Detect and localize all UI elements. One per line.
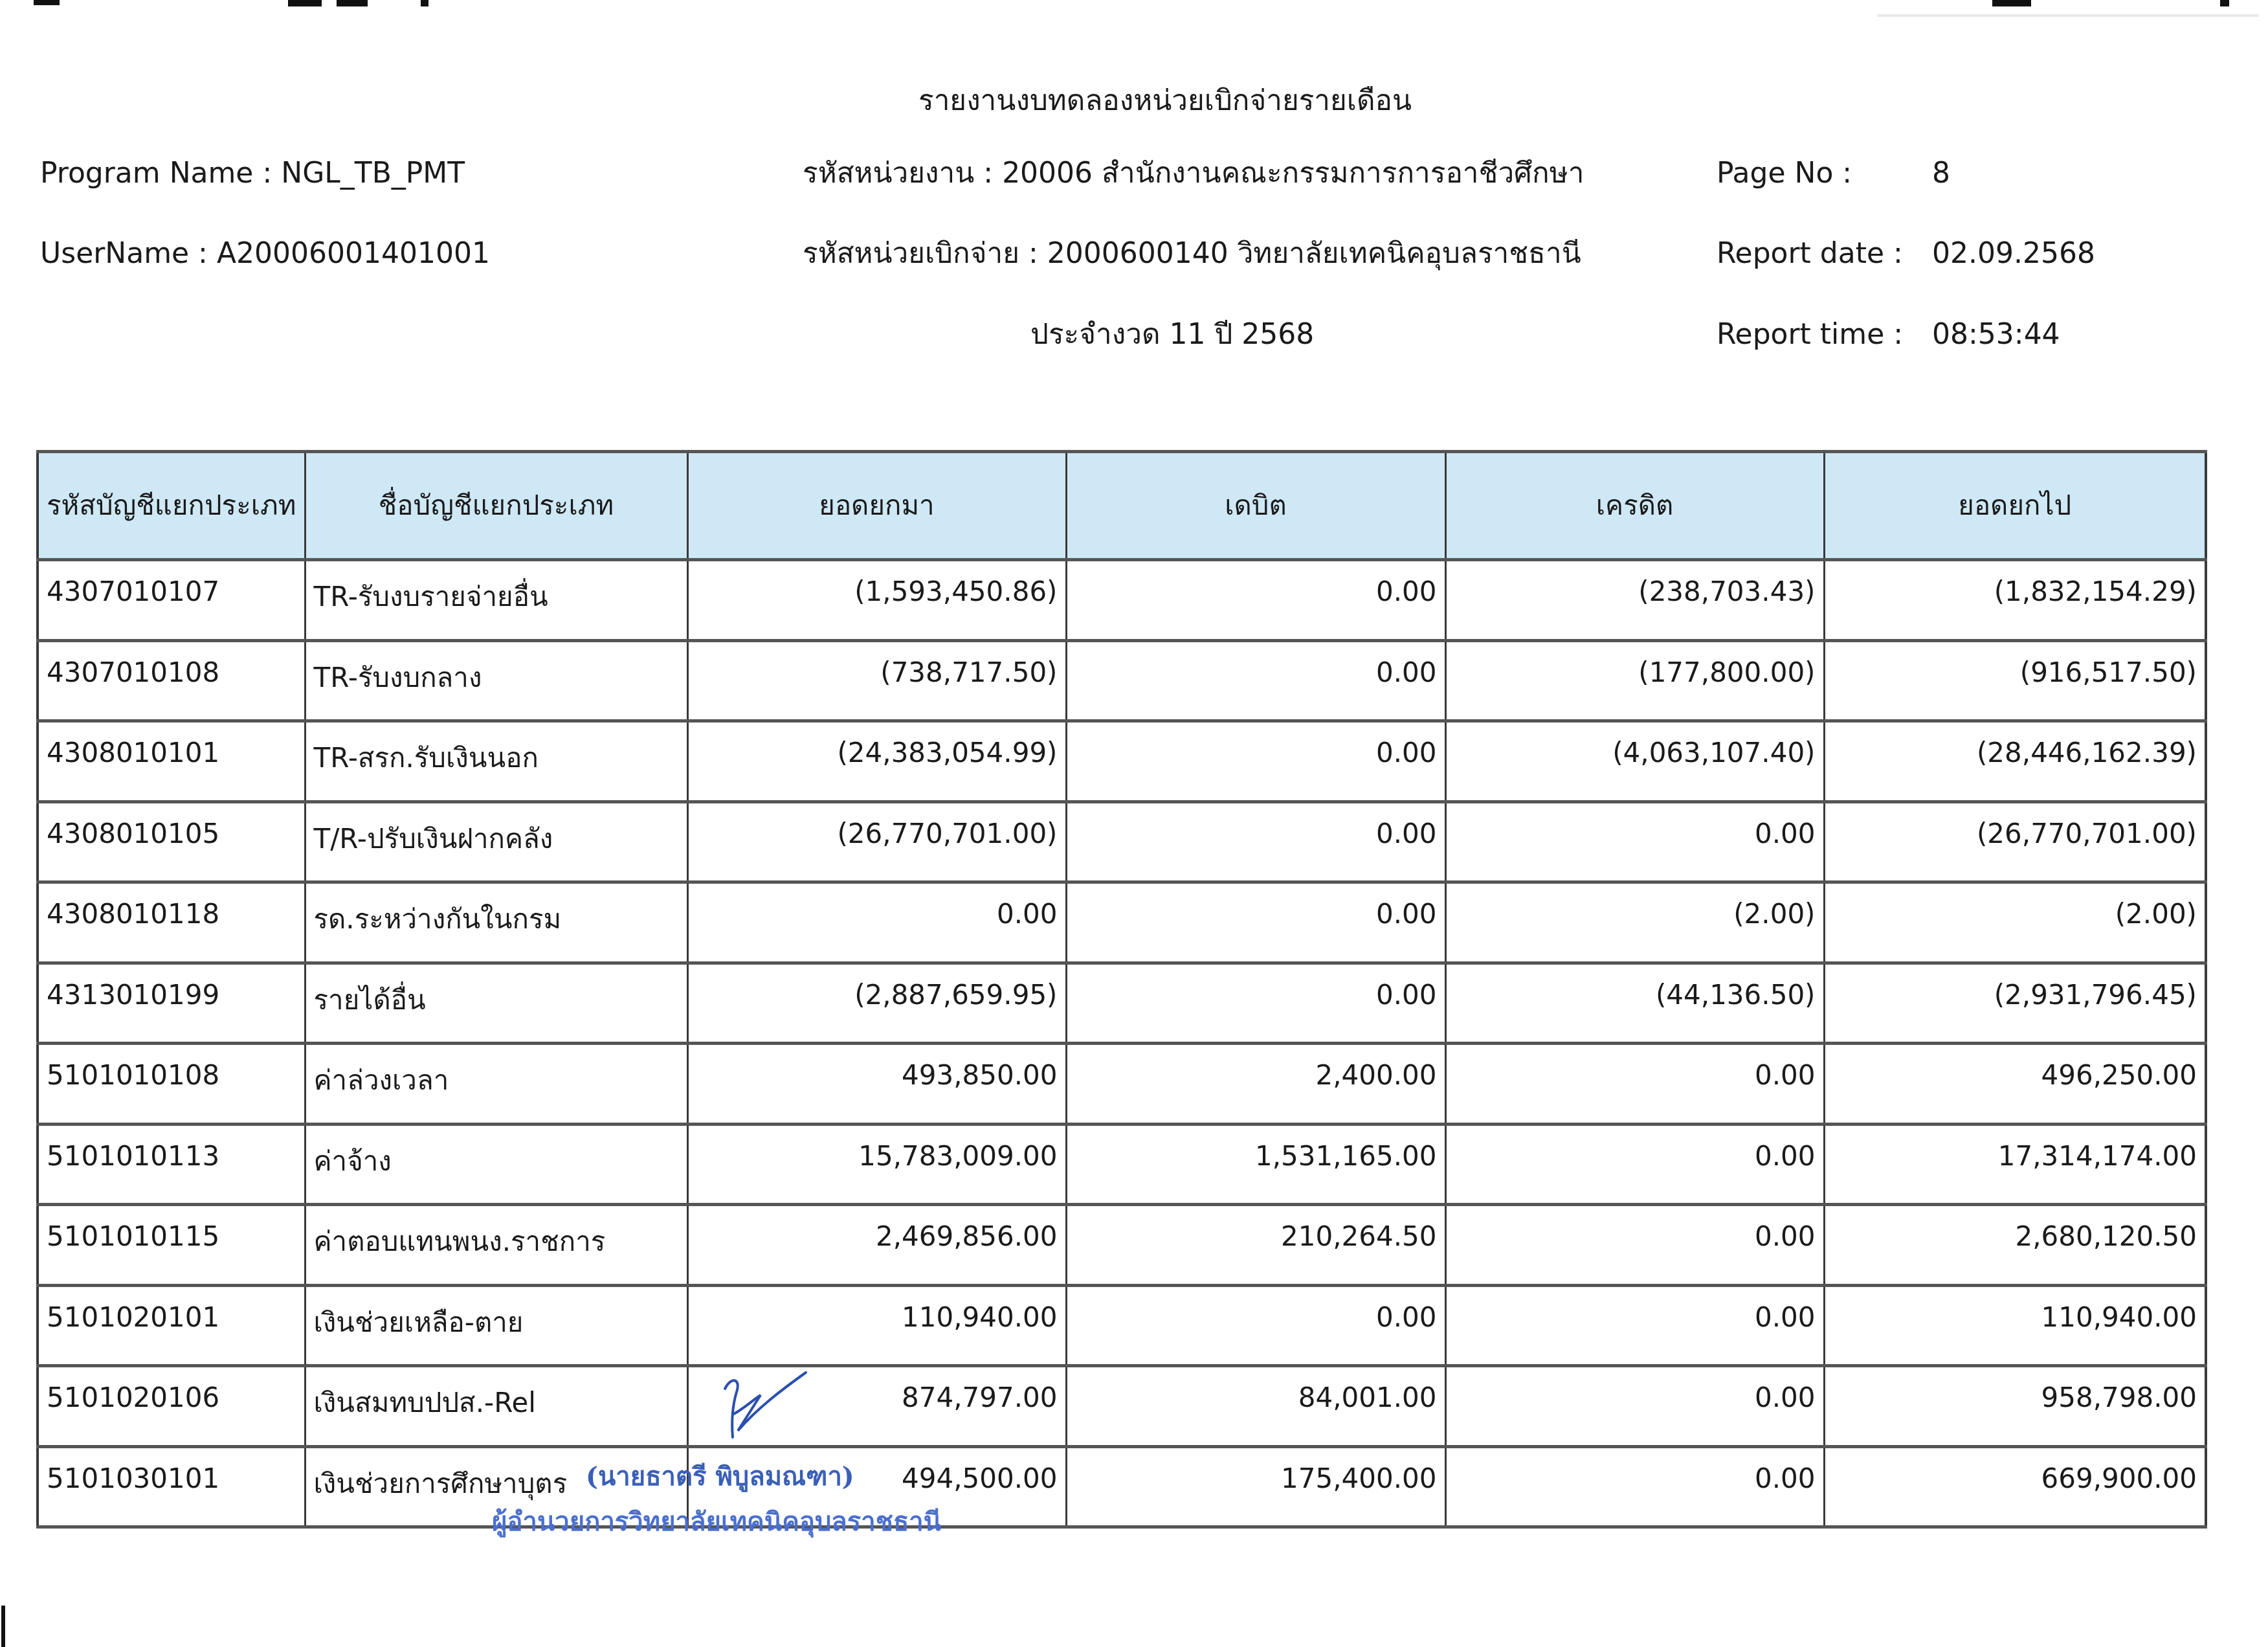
account-name-cell: TR-สรก.รับเงินนอก xyxy=(305,721,687,802)
debit-cell: 2,400.00 xyxy=(1066,1044,1445,1125)
account-code-cell: 5101010115 xyxy=(38,1205,305,1286)
opening-balance-cell: 493,850.00 xyxy=(687,1044,1066,1125)
closing-balance-cell: (1,832,154.29) xyxy=(1824,560,2206,641)
opening-balance-cell: (24,383,054.99) xyxy=(687,721,1066,802)
credit-cell: (177,800.00) xyxy=(1445,640,1824,721)
debit-cell: 1,531,165.00 xyxy=(1066,1124,1445,1205)
account-code-cell: 5101010108 xyxy=(38,1044,305,1125)
user-name: UserName : A20006001401001 xyxy=(40,240,490,268)
debit-cell: 0.00 xyxy=(1066,560,1445,641)
account-code-cell: 4308010105 xyxy=(38,801,305,882)
table-row: 4313010199รายได้อื่น(2,887,659.95)0.00(4… xyxy=(38,963,2206,1044)
debit-cell: 175,400.00 xyxy=(1066,1446,1445,1527)
page-no-label: Page No : xyxy=(1717,159,1852,188)
account-name-cell: เงินช่วยเหลือ-ตาย xyxy=(305,1285,687,1366)
report-period: ประจำงวด 11 ปี 2568 xyxy=(1030,320,1314,349)
credit-cell: 0.00 xyxy=(1445,1366,1824,1447)
account-name-cell: TR-รับงบกลาง xyxy=(305,640,687,721)
debit-cell: 0.00 xyxy=(1066,963,1445,1044)
report-title: รายงานงบทดลองหน่วยเบิกจ่ายรายเดือน xyxy=(0,78,2268,123)
account-code-cell: 4313010199 xyxy=(38,963,305,1044)
credit-cell: (4,063,107.40) xyxy=(1445,721,1824,802)
opening-balance-cell: (2,887,659.95) xyxy=(687,963,1066,1044)
credit-cell: (2.00) xyxy=(1445,882,1824,963)
credit-cell: (238,703.43) xyxy=(1445,560,1824,641)
table-row: 5101010113ค่าจ้าง15,783,009.001,531,165.… xyxy=(38,1124,2206,1205)
debit-cell: 0.00 xyxy=(1066,882,1445,963)
column-header-credit: เครดิต xyxy=(1445,452,1824,560)
scan-artifact xyxy=(1,1606,5,1647)
opening-balance-cell: (738,717.50) xyxy=(687,640,1066,721)
closing-balance-cell: (2.00) xyxy=(1824,882,2206,963)
signatory-name: (นายธาตรี พิบูลมณฑา) xyxy=(586,1455,854,1497)
scan-artifact xyxy=(288,0,322,6)
table-row: 5101020106เงินสมทบปปส.-Rel874,797.0084,0… xyxy=(38,1366,2206,1447)
account-name-cell: เงินสมทบปปส.-Rel xyxy=(305,1366,687,1447)
table-row: 5101030101เงินช่วยการศึกษาบุตร494,500.00… xyxy=(38,1446,2206,1527)
credit-cell: 0.00 xyxy=(1445,1446,1824,1527)
scan-artifact xyxy=(2220,0,2229,6)
trial-balance-table: รหัสบัญชีแยกประเภท ชื่อบัญชีแยกประเภท ยอ… xyxy=(36,450,2207,1529)
opening-balance-cell: 2,469,856.00 xyxy=(687,1205,1066,1286)
column-header-opening-balance: ยอดยกมา xyxy=(687,452,1066,560)
report-date: 02.09.2568 xyxy=(1932,240,2095,268)
credit-cell: (44,136.50) xyxy=(1445,963,1824,1044)
table-row: 5101010115ค่าตอบแทนพนง.ราชการ2,469,856.0… xyxy=(38,1205,2206,1286)
column-header-debit: เดบิต xyxy=(1066,452,1445,560)
column-header-closing-balance: ยอดยกไป xyxy=(1824,452,2206,560)
opening-balance-cell: 110,940.00 xyxy=(687,1285,1066,1366)
account-code-cell: 5101020106 xyxy=(38,1366,305,1447)
debit-cell: 84,001.00 xyxy=(1066,1366,1445,1447)
table-row: 5101010108ค่าล่วงเวลา493,850.002,400.000… xyxy=(38,1044,2206,1125)
closing-balance-cell: 496,250.00 xyxy=(1824,1044,2206,1125)
column-header-account-code: รหัสบัญชีแยกประเภท xyxy=(38,452,305,560)
column-header-account-name: ชื่อบัญชีแยกประเภท xyxy=(305,452,687,560)
debit-cell: 0.00 xyxy=(1066,1285,1445,1366)
signatory-position: ผู้อำนวยการวิทยาลัยเทคนิคอุบลราชธานี xyxy=(492,1501,941,1542)
account-code-cell: 4308010118 xyxy=(38,882,305,963)
closing-balance-cell: (916,517.50) xyxy=(1824,640,2206,721)
account-name-cell: T/R-ปรับเงินฝากคลัง xyxy=(305,801,687,882)
account-code-cell: 5101030101 xyxy=(38,1446,305,1527)
closing-balance-cell: (26,770,701.00) xyxy=(1824,801,2206,882)
report-time-label: Report time : xyxy=(1717,320,1903,349)
debit-cell: 0.00 xyxy=(1066,640,1445,721)
closing-balance-cell: 669,900.00 xyxy=(1824,1446,2206,1527)
account-name-cell: รด.ระหว่างกันในกรม xyxy=(305,882,687,963)
signature-icon xyxy=(712,1369,809,1440)
table-row: 5101020101เงินช่วยเหลือ-ตาย110,940.000.0… xyxy=(38,1285,2206,1366)
scan-artifact xyxy=(1877,14,2259,17)
scan-artifact xyxy=(337,0,368,6)
scan-artifact xyxy=(1992,0,2031,6)
report-time: 08:53:44 xyxy=(1932,320,2060,349)
table-row: 4307010107TR-รับงบรายจ่ายอื่น(1,593,450.… xyxy=(38,560,2206,641)
table-row: 4308010118รด.ระหว่างกันในกรม0.000.00(2.0… xyxy=(38,882,2206,963)
program-name: Program Name : NGL_TB_PMT xyxy=(40,159,465,188)
scan-artifact xyxy=(421,0,428,6)
account-name-cell: ค่าจ้าง xyxy=(305,1124,687,1205)
closing-balance-cell: 110,940.00 xyxy=(1824,1285,2206,1366)
table-row: 4307010108TR-รับงบกลาง(738,717.50)0.00(1… xyxy=(38,640,2206,721)
debit-cell: 0.00 xyxy=(1066,801,1445,882)
closing-balance-cell: (28,446,162.39) xyxy=(1824,721,2206,802)
credit-cell: 0.00 xyxy=(1445,1124,1824,1205)
account-code-cell: 5101010113 xyxy=(38,1124,305,1205)
credit-cell: 0.00 xyxy=(1445,1205,1824,1286)
table-row: 4308010101TR-สรก.รับเงินนอก(24,383,054.9… xyxy=(38,721,2206,802)
account-name-cell: รายได้อื่น xyxy=(305,963,687,1044)
credit-cell: 0.00 xyxy=(1445,1285,1824,1366)
account-code-cell: 4307010108 xyxy=(38,640,305,721)
account-code-cell: 5101020101 xyxy=(38,1285,305,1366)
report-date-label: Report date : xyxy=(1717,240,1903,268)
disbursing-unit: รหัสหน่วยเบิกจ่าย : 2000600140 วิทยาลัยเ… xyxy=(803,240,1581,268)
closing-balance-cell: 958,798.00 xyxy=(1824,1366,2206,1447)
opening-balance-cell: (1,593,450.86) xyxy=(687,560,1066,641)
account-name-cell: ค่าตอบแทนพนง.ราชการ xyxy=(305,1205,687,1286)
page-no: 8 xyxy=(1932,159,1950,188)
account-name-cell: ค่าล่วงเวลา xyxy=(305,1044,687,1125)
account-name-cell: TR-รับงบรายจ่ายอื่น xyxy=(305,560,687,641)
closing-balance-cell: 17,314,174.00 xyxy=(1824,1124,2206,1205)
table-header-row: รหัสบัญชีแยกประเภท ชื่อบัญชีแยกประเภท ยอ… xyxy=(38,452,2206,560)
table-row: 4308010105T/R-ปรับเงินฝากคลัง(26,770,701… xyxy=(38,801,2206,882)
closing-balance-cell: 2,680,120.50 xyxy=(1824,1205,2206,1286)
credit-cell: 0.00 xyxy=(1445,801,1824,882)
debit-cell: 0.00 xyxy=(1066,721,1445,802)
closing-balance-cell: (2,931,796.45) xyxy=(1824,963,2206,1044)
scan-artifact xyxy=(34,0,60,5)
account-code-cell: 4308010101 xyxy=(38,721,305,802)
credit-cell: 0.00 xyxy=(1445,1044,1824,1125)
opening-balance-cell: 15,783,009.00 xyxy=(687,1124,1066,1205)
opening-balance-cell: (26,770,701.00) xyxy=(687,801,1066,882)
agency-code: รหัสหน่วยงาน : 20006 สำนักงานคณะกรรมการก… xyxy=(803,159,1584,188)
account-code-cell: 4307010107 xyxy=(38,560,305,641)
opening-balance-cell: 0.00 xyxy=(687,882,1066,963)
debit-cell: 210,264.50 xyxy=(1066,1205,1445,1286)
